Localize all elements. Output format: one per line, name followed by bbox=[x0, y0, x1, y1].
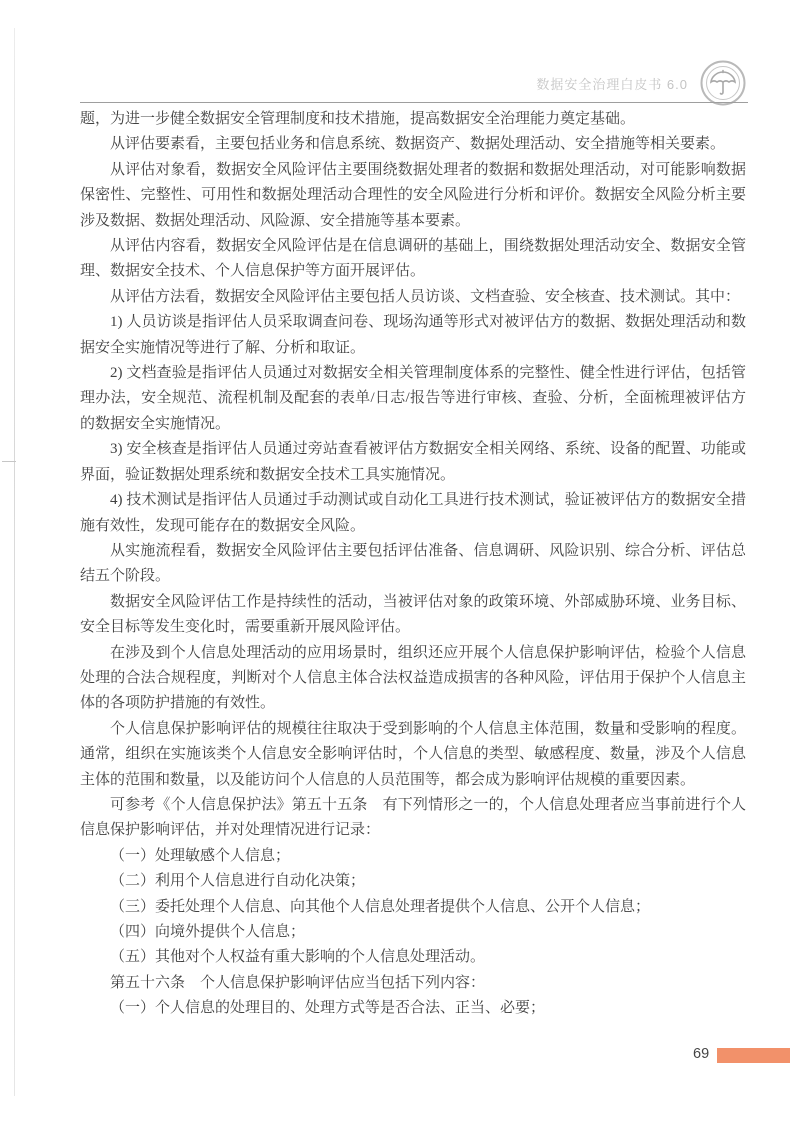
registration-tick bbox=[2, 461, 16, 462]
footer-accent-bar bbox=[717, 1048, 790, 1063]
umbrella-logo-icon bbox=[699, 59, 747, 107]
scanned-document-page: { "header": { "title": "数据安全治理白皮书 6.0", … bbox=[0, 0, 794, 1123]
paragraph: 从实施流程看，数据安全风险评估主要包括评估准备、信息调研、风险识别、综合分析、评… bbox=[80, 539, 746, 590]
list-item: （二）利用个人信息进行自动化决策； bbox=[80, 869, 746, 894]
header-rule bbox=[80, 102, 748, 103]
paragraph: 在涉及到个人信息处理活动的应用场景时，组织还应开展个人信息保护影响评估，检验个人… bbox=[80, 641, 746, 717]
paragraph: 第五十六条 个人信息保护影响评估应当包括下列内容： bbox=[80, 971, 746, 996]
paragraph: 3) 安全核查是指评估人员通过旁站查看被评估方数据安全相关网络、系统、设备的配置… bbox=[80, 437, 746, 488]
paragraph: 1) 人员访谈是指评估人员采取调查问卷、现场沟通等形式对被评估方的数据、数据处理… bbox=[80, 310, 746, 361]
paragraph: 题，为进一步健全数据安全管理制度和技术措施，提高数据安全治理能力奠定基础。 bbox=[80, 107, 746, 132]
paragraph: 从评估要素看，主要包括业务和信息系统、数据资产、数据处理活动、安全措施等相关要素… bbox=[80, 132, 746, 157]
list-item: （一）处理敏感个人信息； bbox=[80, 844, 746, 869]
page-number: 69 bbox=[693, 1046, 709, 1062]
scan-edge-line bbox=[14, 28, 15, 1096]
list-item: （一）个人信息的处理目的、处理方式等是否合法、正当、必要； bbox=[80, 996, 746, 1021]
paragraph: 可参考《个人信息保护法》第五十五条 有下列情形之一的，个人信息处理者应当事前进行… bbox=[80, 793, 746, 844]
paragraph: 2) 文档查验是指评估人员通过对数据安全相关管理制度体系的完整性、健全性进行评估… bbox=[80, 361, 746, 437]
paragraph: 从评估内容看，数据安全风险评估是在信息调研的基础上，围绕数据处理活动安全、数据安… bbox=[80, 234, 746, 285]
paragraph: 从评估对象看，数据安全风险评估主要围绕数据处理者的数据和数据处理活动，对可能影响… bbox=[80, 158, 746, 234]
paragraph: 数据安全风险评估工作是持续性的活动，当被评估对象的政策环境、外部威胁环境、业务目… bbox=[80, 590, 746, 641]
list-item: （三）委托处理个人信息、向其他个人信息处理者提供个人信息、公开个人信息； bbox=[80, 895, 746, 920]
header-title: 数据安全治理白皮书 6.0 bbox=[536, 74, 688, 93]
paragraph: 4) 技术测试是指评估人员通过手动测试或自动化工具进行技术测试，验证被评估方的数… bbox=[80, 488, 746, 539]
paragraph: 个人信息保护影响评估的规模往往取决于受到影响的个人信息主体范围，数量和受影响的程… bbox=[80, 717, 746, 793]
list-item: （五）其他对个人权益有重大影响的个人信息处理活动。 bbox=[80, 945, 746, 970]
paragraph: 从评估方法看，数据安全风险评估主要包括人员访谈、文档查验、安全核查、技术测试。其… bbox=[80, 285, 746, 310]
list-item: （四）向境外提供个人信息； bbox=[80, 920, 746, 945]
document-body: 题，为进一步健全数据安全管理制度和技术措施，提高数据安全治理能力奠定基础。 从评… bbox=[80, 107, 746, 1022]
